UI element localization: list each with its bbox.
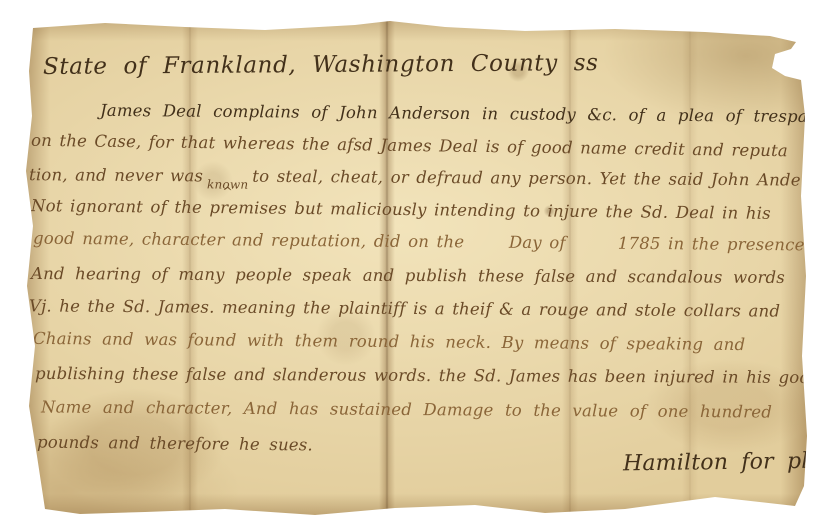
document-scan: State of Frankland, Washington County ss…: [0, 0, 840, 524]
manuscript-line: publishing these false and slanderous wo…: [35, 364, 820, 387]
manuscript-line: Vj. he the Sd. James. meaning the plaint…: [29, 296, 780, 320]
fold-crease: [682, 16, 698, 516]
manuscript-paper: State of Frankland, Washington County ss…: [25, 16, 808, 516]
manuscript-line: on the Case, for that whereas the afsd J…: [31, 131, 788, 161]
attorney-signature: Hamilton for plt.: [623, 449, 825, 477]
manuscript-line: James Deal complains of John Anderson in…: [100, 101, 825, 126]
manuscript-line: Name and character, And has sustained Da…: [41, 397, 772, 421]
document-heading: State of Frankland, Washington County ss: [43, 50, 599, 80]
manuscript-line: Chains and was found with them round his…: [33, 329, 745, 354]
caret-mark: ^: [222, 188, 232, 195]
manuscript-line: And hearing of many people speak and pub…: [31, 264, 785, 287]
manuscript-line: tion, and never wasknown^to steal, cheat…: [29, 165, 839, 199]
line-text: to steal, cheat, or defraud any person. …: [252, 167, 838, 190]
manuscript-line: good name, character and reputation, did…: [33, 229, 805, 255]
caret-insertion: known^: [207, 181, 248, 194]
line-text: tion, and never was: [29, 165, 203, 185]
manuscript-line: pounds and therefore he sues.: [37, 433, 313, 455]
manuscript-line: Not ignorant of the premises but malicio…: [31, 196, 771, 223]
